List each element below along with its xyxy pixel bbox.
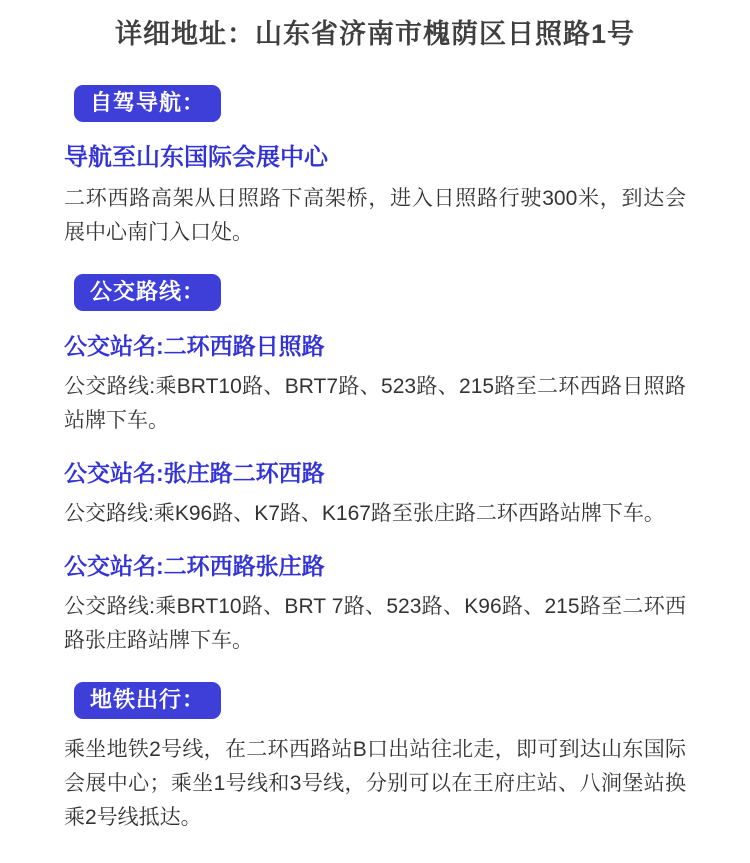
metro-badge: 地铁出行： bbox=[74, 682, 221, 719]
driving-section: 自驾导航： 导航至山东国际会展中心 二环西路高架从日照路下高架桥，进入日照路行驶… bbox=[64, 85, 686, 250]
bus-station-block: 公交站名:二环西路日照路 公交路线:乘BRT10路、BRT7路、523路、215… bbox=[64, 332, 686, 438]
driving-badge: 自驾导航： bbox=[74, 85, 221, 122]
bus-station-heading: 公交站名:二环西路张庄路 bbox=[64, 552, 686, 581]
bus-station-heading: 公交站名:张庄路二环西路 bbox=[64, 459, 686, 488]
metro-badge-row: 地铁出行： bbox=[74, 682, 686, 719]
navigation-link[interactable]: 导航至山东国际会展中心 bbox=[64, 143, 686, 173]
directions-page: 详细地址：山东省济南市槐荫区日照路1号 自驾导航： 导航至山东国际会展中心 二环… bbox=[0, 0, 750, 863]
bus-badge-row: 公交路线： bbox=[74, 274, 686, 311]
bus-station-routes: 公交路线:乘K96路、K7路、K167路至张庄路二环西路站牌下车。 bbox=[64, 497, 686, 531]
driving-description: 二环西路高架从日照路下高架桥，进入日照路行驶300米，到达会展中心南门入口处。 bbox=[64, 182, 686, 250]
bus-station-block: 公交站名:二环西路张庄路 公交路线:乘BRT10路、BRT 7路、523路、K9… bbox=[64, 552, 686, 658]
bus-badge: 公交路线： bbox=[74, 274, 221, 311]
page-title: 详细地址：山东省济南市槐荫区日照路1号 bbox=[64, 16, 686, 52]
bus-station-routes: 公交路线:乘BRT10路、BRT 7路、523路、K96路、215路至二环西路张… bbox=[64, 590, 686, 658]
bus-station-routes: 公交路线:乘BRT10路、BRT7路、523路、215路至二环西路日照路站牌下车… bbox=[64, 370, 686, 438]
driving-badge-row: 自驾导航： bbox=[74, 85, 686, 122]
bus-station-block: 公交站名:张庄路二环西路 公交路线:乘K96路、K7路、K167路至张庄路二环西… bbox=[64, 459, 686, 531]
bus-station-heading: 公交站名:二环西路日照路 bbox=[64, 332, 686, 361]
bus-section: 公交路线： 公交站名:二环西路日照路 公交路线:乘BRT10路、BRT7路、52… bbox=[64, 274, 686, 658]
metro-description: 乘坐地铁2号线，在二环西路站B口出站往北走，即可到达山东国际会展中心；乘坐1号线… bbox=[64, 733, 686, 835]
metro-section: 地铁出行： 乘坐地铁2号线，在二环西路站B口出站往北走，即可到达山东国际会展中心… bbox=[64, 682, 686, 835]
